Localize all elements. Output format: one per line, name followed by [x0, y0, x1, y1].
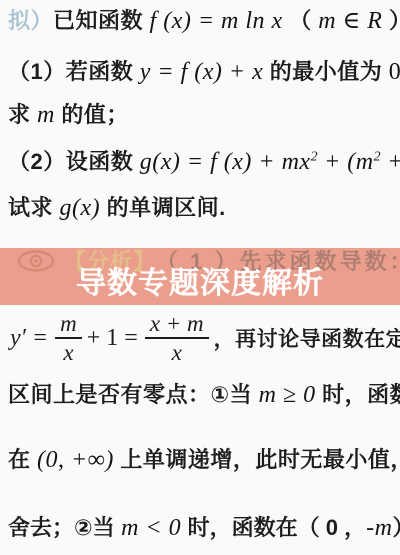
fraction: m x: [55, 311, 82, 366]
math-text: 0: [382, 59, 400, 85]
math-text: + (m: [318, 149, 374, 175]
cjk-text: （2）设函数: [8, 149, 133, 174]
math-text: m ≥ 0: [252, 382, 322, 408]
math-text: -m: [366, 515, 392, 541]
fraction-numerator: m: [55, 311, 82, 339]
math-problem-page: 拟）已知函数 f (x) = m ln x （ m ∈ R ）. （1）若函数 …: [0, 0, 400, 555]
cjk-text: 上单调递增，此时无最小值，: [120, 447, 400, 472]
cjk-text: 区间上是否有零点：①当: [8, 382, 252, 407]
cjk-text: 再讨论导函数在定义: [235, 323, 400, 353]
derivative-formula-line: y′ = m x + 1 = x + m x ， 再讨论导函数在定义: [10, 306, 398, 370]
watermark-title: 导数专题深度解析: [0, 265, 400, 303]
cjk-text: 试求: [8, 195, 53, 220]
fraction-numerator: x + m: [145, 311, 209, 339]
cjk-text: 在: [8, 447, 31, 472]
problem-line-4: （2）设函数 g(x) = f (x) + mx2 + (m2 + 2)x,: [8, 147, 396, 177]
cjk-text: ）单: [392, 515, 400, 540]
cjk-text: 舍去；②当: [8, 515, 115, 540]
cjk-text: 的单调区间.: [107, 195, 226, 220]
problem-line-1: 拟）已知函数 f (x) = m ln x （ m ∈ R ）.: [8, 6, 396, 36]
problem-line-2: （1）若函数 y = f (x) + x 的最小值为 0 ，: [8, 57, 396, 87]
math-text: y′ =: [10, 325, 48, 352]
cjk-text: ）.: [389, 8, 400, 33]
math-text: + 2)x,: [381, 149, 400, 175]
cjk-text: ，: [214, 323, 236, 353]
math-text: y = f (x) + x: [133, 59, 270, 85]
solution-line-2: 在 (0, +∞) 上单调递增，此时无最小值，: [8, 445, 396, 475]
cjk-text: 已知函数: [53, 8, 143, 33]
cjk-text: 时，函数在（ 0 ，: [188, 515, 366, 540]
math-text: g(x): [53, 195, 107, 221]
exponent: 2: [311, 150, 318, 165]
math-text: g(x) = f (x) + mx: [133, 149, 310, 175]
math-text: m ∈ R: [312, 8, 389, 34]
solution-line-1: 区间上是否有零点：①当 m ≥ 0 时，函数 y: [8, 380, 396, 410]
cjk-text: 时，函数: [322, 382, 400, 407]
problem-line-3: 求 m 的值；: [8, 100, 396, 130]
fraction-denominator: x: [55, 339, 82, 365]
cjk-text: 的值；: [61, 102, 129, 127]
math-text: + 1 =: [87, 325, 138, 352]
source-tag: 拟）: [8, 8, 53, 33]
fraction: x + m x: [145, 311, 209, 366]
solution-line-3: 舍去；②当 m < 0 时，函数在（ 0 ，-m）单: [8, 513, 396, 543]
cjk-text: 求: [8, 102, 31, 127]
math-text: f (x) = m ln x: [143, 8, 289, 34]
math-text: m < 0: [115, 515, 188, 541]
cjk-text: 的最小值为: [270, 59, 383, 84]
fraction-denominator: x: [145, 339, 209, 365]
math-text: (0, +∞): [31, 447, 121, 473]
cjk-text: （1）若函数: [8, 59, 133, 84]
exponent: 2: [374, 150, 381, 165]
cjk-text: （: [289, 8, 312, 33]
watermark-banner: 【分析】 （ 1 ）先求函数导数： 导数专题深度解析: [0, 248, 400, 305]
problem-line-5: 试求 g(x) 的单调区间.: [8, 193, 396, 223]
math-text: m: [31, 102, 62, 128]
